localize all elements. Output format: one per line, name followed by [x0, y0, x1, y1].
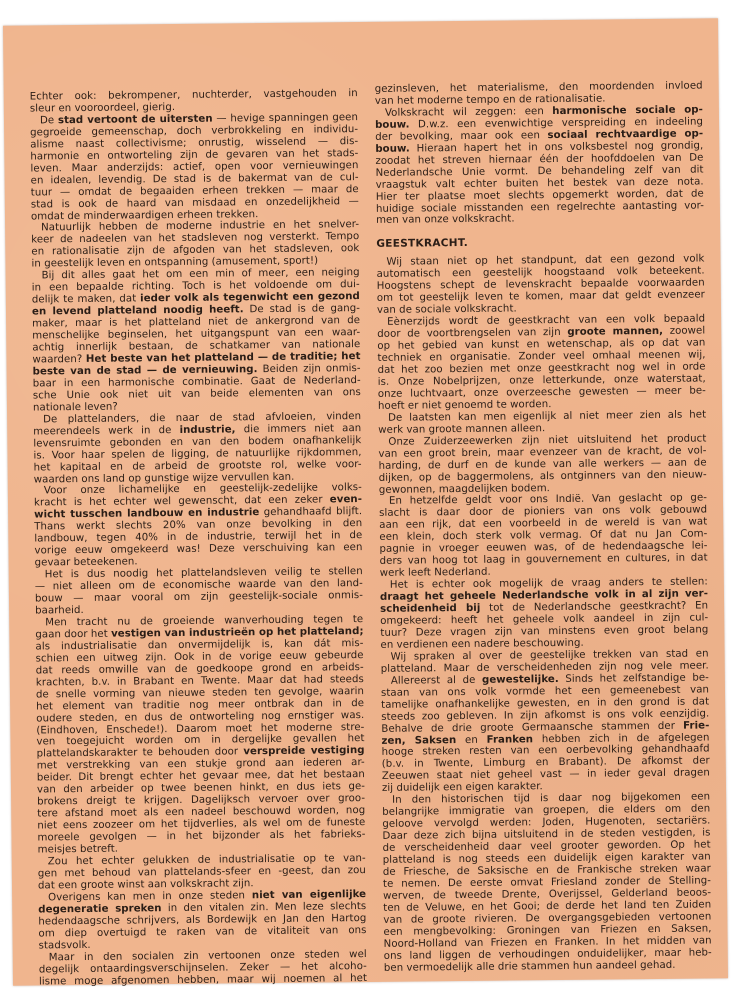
scanned-page: Echter ook: bekrompener, nuchterder, vas…	[3, 18, 728, 985]
emphasis: Frie-	[683, 720, 709, 731]
emphasis: degeneratie spreken	[38, 903, 161, 915]
emphasis: en levend platteland noodig heeft.	[32, 304, 244, 317]
right-column-top-text: gezinsleven, het materialisme, den moord…	[375, 80, 704, 227]
emphasis: gewestelijke.	[482, 674, 559, 686]
emphasis: industrie,	[179, 424, 235, 436]
text-line: men van onze volkskracht.	[376, 212, 704, 227]
emphasis: verspreide vestiging	[243, 745, 364, 757]
emphasis: sociaal rechtvaardige op-	[547, 128, 703, 141]
emphasis: bouw.	[375, 119, 410, 130]
emphasis: stad vertoont de uitersten	[58, 113, 213, 126]
right-column-body-text: Wij staan niet op het standpunt, dat een…	[376, 254, 711, 975]
emphasis: bouw.	[375, 143, 410, 154]
emphasis: niet van eigenlijke	[252, 889, 366, 901]
text-line: ben vermoedelijk alle drie stammen hun a…	[384, 959, 712, 974]
emphasis: groote mannen,	[567, 326, 663, 338]
emphasis: beste van de stad — de vernieuwing.	[33, 364, 258, 377]
emphasis: even-	[330, 494, 362, 505]
right-column: gezinsleven, het materialisme, den moord…	[375, 80, 712, 974]
left-column: Echter ook: bekrompener, nuchterder, vas…	[30, 88, 367, 988]
emphasis: scheidenheid bij	[380, 603, 480, 615]
emphasis: zen, Saksen	[381, 735, 456, 747]
section-heading: GEESTKRACHT.	[376, 236, 704, 251]
emphasis: harmonische sociale op-	[552, 104, 703, 117]
emphasis: Franken	[487, 734, 534, 745]
